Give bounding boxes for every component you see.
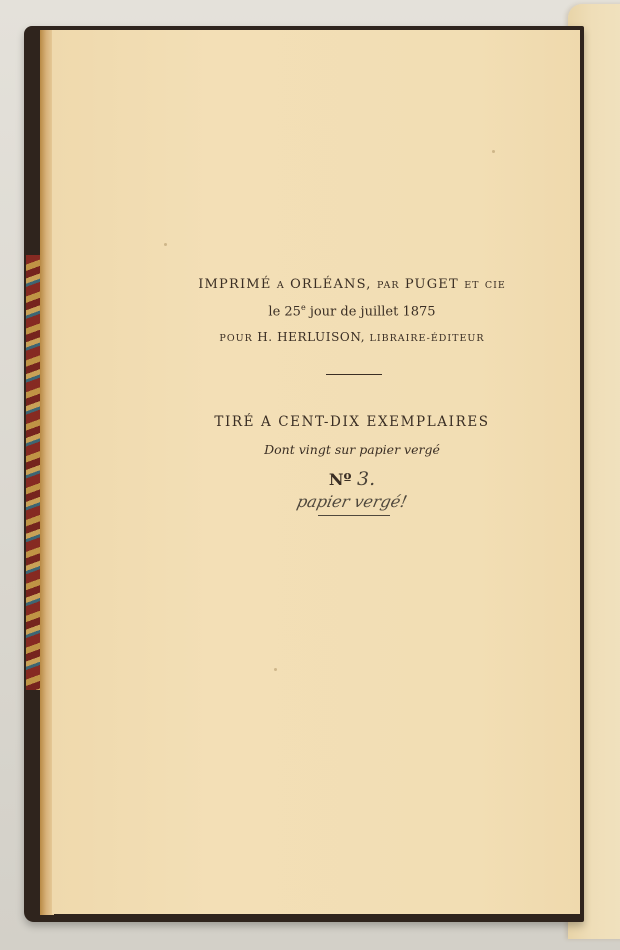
paper-spot (164, 243, 167, 246)
publisher-text: LIBRAIRE-ÉDITEUR (370, 333, 485, 344)
copy-number-handwritten: 3. (357, 468, 375, 490)
publisher-text: POUR (219, 333, 252, 344)
date-line: le 25e jour de juillet 1875 (52, 303, 620, 319)
printer-text: PUGET (405, 277, 459, 292)
handwritten-underline (318, 515, 390, 516)
edition-statement: TIRÉ A CENT-DIX EXEMPLAIRES (52, 414, 620, 430)
date-text: le 25 (268, 304, 301, 319)
printer-text: ET (464, 280, 479, 291)
paper-spot (274, 668, 277, 671)
date-text: jour de juillet 1875 (306, 304, 436, 319)
publisher-line: POUR H. HERLUISON, LIBRAIRE-ÉDITEUR (52, 330, 620, 344)
printer-text: ORLÉANS, (290, 277, 372, 292)
edition-note: Dont vingt sur papier vergé (52, 442, 620, 457)
printer-text: A (277, 280, 285, 291)
divider-rule (326, 374, 382, 375)
printer-line: IMPRIMÉ A ORLÉANS, PAR PUGET ET CIE (52, 277, 620, 292)
printer-text: CIE (485, 280, 506, 291)
printer-text: PAR (377, 280, 400, 291)
copy-number-label: Nº (329, 470, 352, 489)
printer-text: IMPRIMÉ (198, 277, 271, 292)
copy-number: Nº 3. (52, 468, 620, 490)
publisher-text: H. HERLUISON, (257, 330, 365, 344)
handwritten-note: papier vergé! (50, 492, 620, 511)
paper-spot (492, 150, 495, 153)
